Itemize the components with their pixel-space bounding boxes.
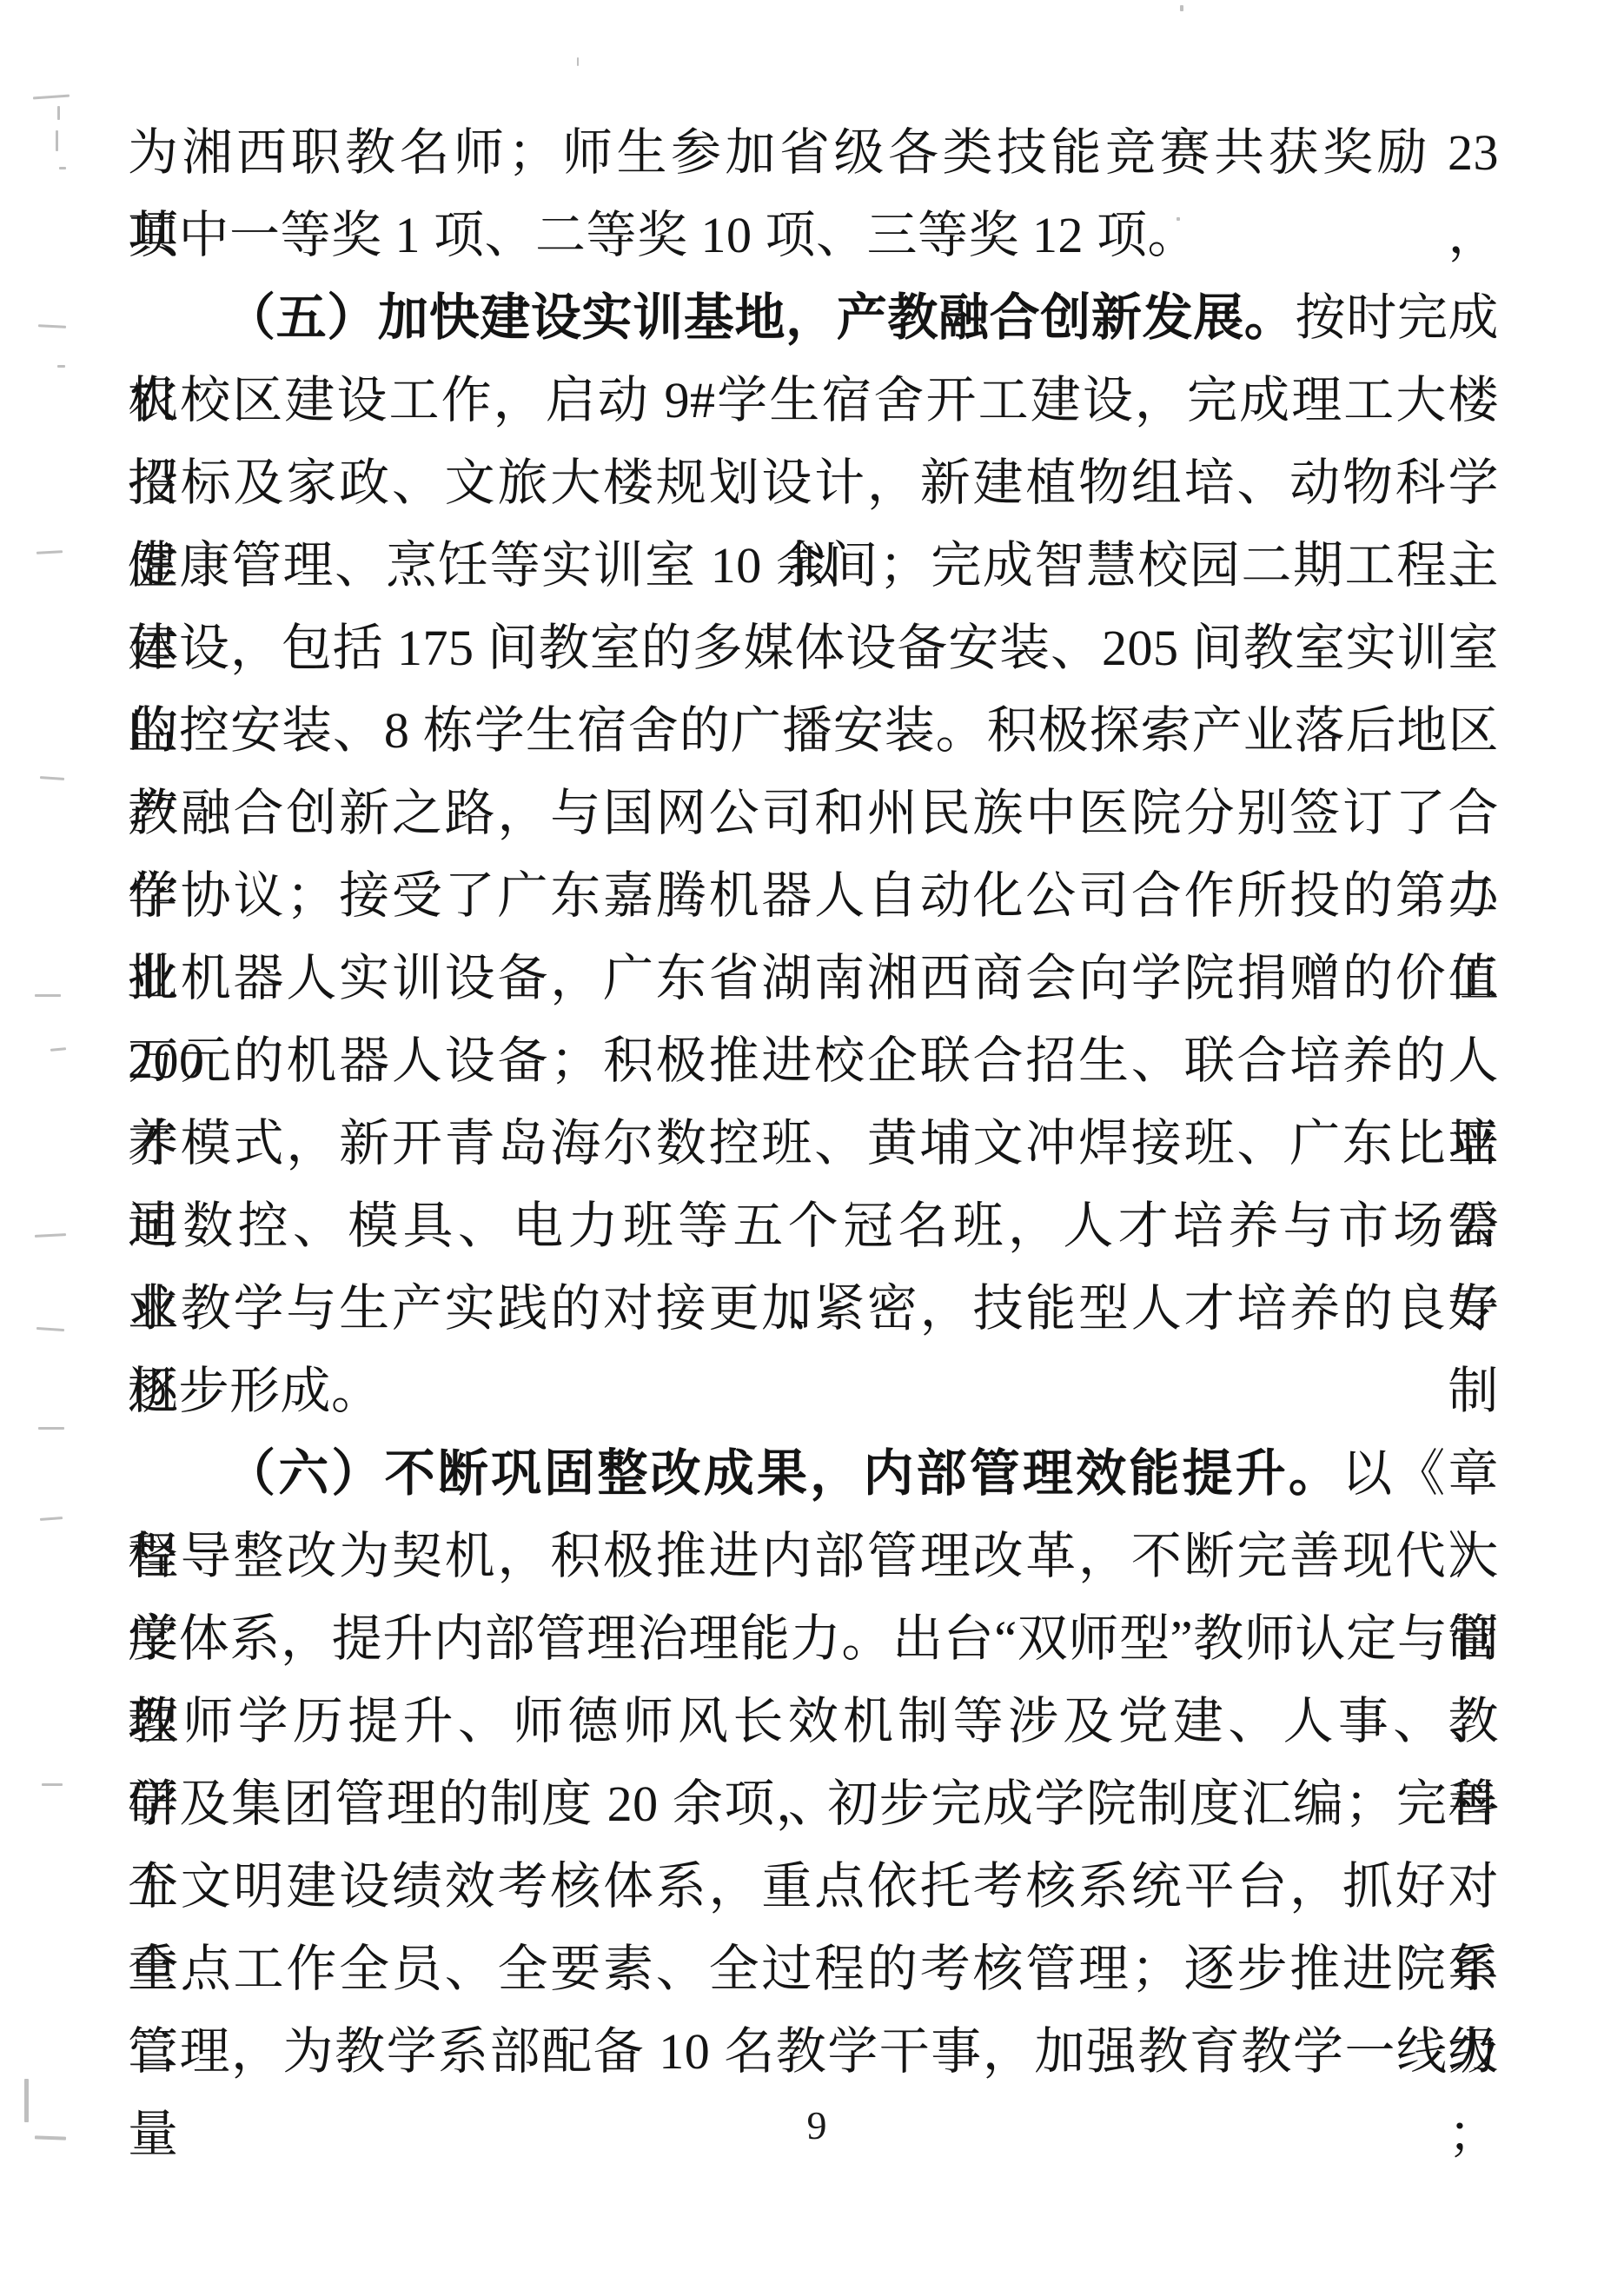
- scan-artifact: [36, 1327, 64, 1331]
- text-line: 司数控、模具、电力班等五个冠名班，人才培养与市场需求、专: [128, 1185, 1499, 1267]
- text-line: 督导整改为契机，积极推进内部管理改革，不断完善现代大学制: [128, 1515, 1499, 1597]
- scan-artifact: [35, 994, 61, 997]
- scan-artifact: [38, 1427, 64, 1430]
- scan-artifact: [38, 324, 66, 329]
- text-line: 机校区建设工作，启动 9#学生宿舍开工建设，完成理工大楼招: [128, 359, 1499, 441]
- scan-artifact: [42, 1783, 63, 1786]
- text-block: 为湘西职教名师；师生参加省级各类技能竞赛共获奖励 23 项，其中一等奖 1 项、…: [128, 111, 1499, 2093]
- text-line: 个文明建设绩效考核体系，重点依托考核系统平台，抓好对全年: [128, 1845, 1499, 1928]
- scan-artifact: [35, 1233, 66, 1238]
- line-bold-run: （五）加快建设实训基地，产教融合创新发展。: [225, 289, 1296, 346]
- text-line: 学协议；接受了广东嘉腾机器人自动化公司合作所投的第二批工: [128, 854, 1499, 937]
- scan-artifact: [577, 57, 579, 66]
- text-line: 度体系，提升内部管理治理能力。出台“双师型”教师认定与管理、: [128, 1597, 1499, 1680]
- scan-artifact: [35, 2135, 66, 2140]
- text-line: 教师学历提升、师德师风长效机制等涉及党建、人事、教学、科: [128, 1680, 1499, 1762]
- line-text-run: 逐步形成。: [128, 1363, 382, 1419]
- text-line: 健康管理、烹饪等实训室 10 余间；完成智慧校园二期工程主体: [128, 524, 1499, 607]
- scan-artifact: [33, 95, 70, 100]
- text-line: 业机器人实训设备，广东省湖南湘西商会向学院捐赠的价值 200: [128, 937, 1499, 1019]
- scan-artifact: [56, 130, 58, 151]
- scan-artifact: [1177, 217, 1180, 221]
- text-line: 建设，包括 175 间教室的多媒体设备安装、205 间教室实训室的: [128, 607, 1499, 689]
- scan-artifact: [57, 106, 60, 120]
- scan-artifact: [50, 1047, 66, 1052]
- scan-artifact: [24, 2079, 29, 2122]
- text-line: （六）不断巩固整改成果，内部管理效能提升。以《章程》: [128, 1432, 1499, 1515]
- text-line: 投标及家政、文旅大楼规划设计，新建植物组培、动物科学虚拟、: [128, 441, 1499, 524]
- text-line: 监控安装、8 栋学生宿舍的广播安装。积极探索产业落后地区产: [128, 689, 1499, 772]
- line-bold-run: （六）不断巩固整改成果，内部管理效能提升。: [225, 1445, 1342, 1502]
- document-page: 为湘西职教名师；师生参加省级各类技能竞赛共获奖励 23 项，其中一等奖 1 项、…: [0, 0, 1624, 2290]
- text-line: 万元的机器人设备；积极推进校企联合招生、联合培养的人才培: [128, 1019, 1499, 1102]
- text-line: 管理，为教学系部配备 10 名教学干事，加强教育教学一线力量；: [128, 2010, 1499, 2093]
- scan-artifact: [59, 167, 66, 169]
- scan-artifact: [1180, 5, 1183, 11]
- scan-artifact: [40, 776, 64, 780]
- text-line: 教融合创新之路，与国网公司和州民族中医院分别签订了合作办: [128, 772, 1499, 854]
- text-line: 重点工作全员、全要素、全过程的考核管理；逐步推进院系二级: [128, 1928, 1499, 2010]
- text-line: 为湘西职教名师；师生参加省级各类技能竞赛共获奖励 23 项，: [128, 111, 1499, 194]
- scan-artifact: [40, 1517, 63, 1521]
- scan-artifact: [57, 365, 65, 368]
- line-text-run: 其中一等奖 1 项、二等奖 10 项、三等奖 12 项。: [128, 207, 1198, 263]
- text-line: 业教学与生产实践的对接更加紧密，技能型人才培养的良好机制: [128, 1267, 1499, 1350]
- text-line: （五）加快建设实训基地，产教融合创新发展。按时完成农: [128, 276, 1499, 359]
- text-line: 养模式，新开青岛海尔数控班、黄埔文冲焊接班、广东比亚迪公: [128, 1102, 1499, 1185]
- page-number: 9: [769, 2100, 865, 2152]
- scan-artifact: [36, 550, 63, 554]
- text-line: 研及集团管理的制度 20 余项，初步完成学院制度汇编；完善五: [128, 1762, 1499, 1845]
